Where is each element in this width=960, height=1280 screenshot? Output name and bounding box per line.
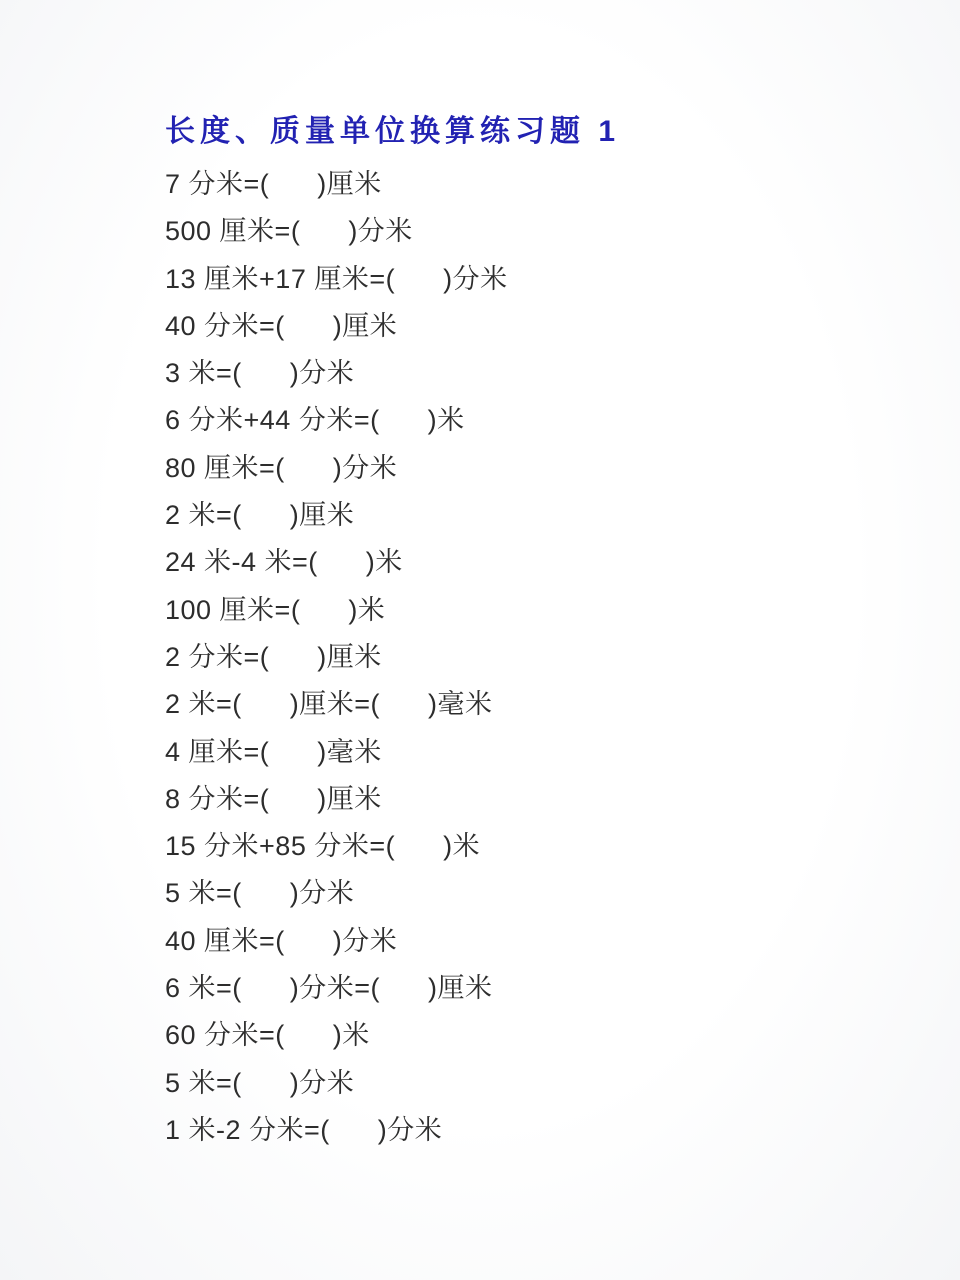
problem-list: 7 分米=( )厘米500 厘米=( )分米13 厘米+17 厘米=( )分米4… [165,161,900,1154]
problem-line: 6 米=( )分米=( )厘米 [165,965,900,1012]
problem-line: 13 厘米+17 厘米=( )分米 [165,256,900,303]
problem-line: 100 厘米=( )米 [165,587,900,634]
problem-line: 5 米=( )分米 [165,1060,900,1107]
problem-line: 15 分米+85 分米=( )米 [165,823,900,870]
problem-line: 6 分米+44 分米=( )米 [165,397,900,444]
problem-line: 40 分米=( )厘米 [165,303,900,350]
problem-line: 2 米=( )厘米=( )毫米 [165,681,900,728]
problem-line: 500 厘米=( )分米 [165,208,900,255]
problem-line: 3 米=( )分米 [165,350,900,397]
problem-line: 4 厘米=( )毫米 [165,729,900,776]
problem-line: 24 米-4 米=( )米 [165,539,900,586]
worksheet-page: 长度、质量单位换算练习题 1 7 分米=( )厘米500 厘米=( )分米13 … [0,0,960,1280]
problem-line: 8 分米=( )厘米 [165,776,900,823]
problem-line: 2 分米=( )厘米 [165,634,900,681]
problem-line: 7 分米=( )厘米 [165,161,900,208]
problem-line: 40 厘米=( )分米 [165,918,900,965]
problem-line: 1 米-2 分米=( )分米 [165,1107,900,1154]
problem-line: 5 米=( )分米 [165,870,900,917]
problem-line: 80 厘米=( )分米 [165,445,900,492]
problem-line: 2 米=( )厘米 [165,492,900,539]
worksheet-title: 长度、质量单位换算练习题 1 [165,112,900,152]
problem-line: 60 分米=( )米 [165,1012,900,1059]
